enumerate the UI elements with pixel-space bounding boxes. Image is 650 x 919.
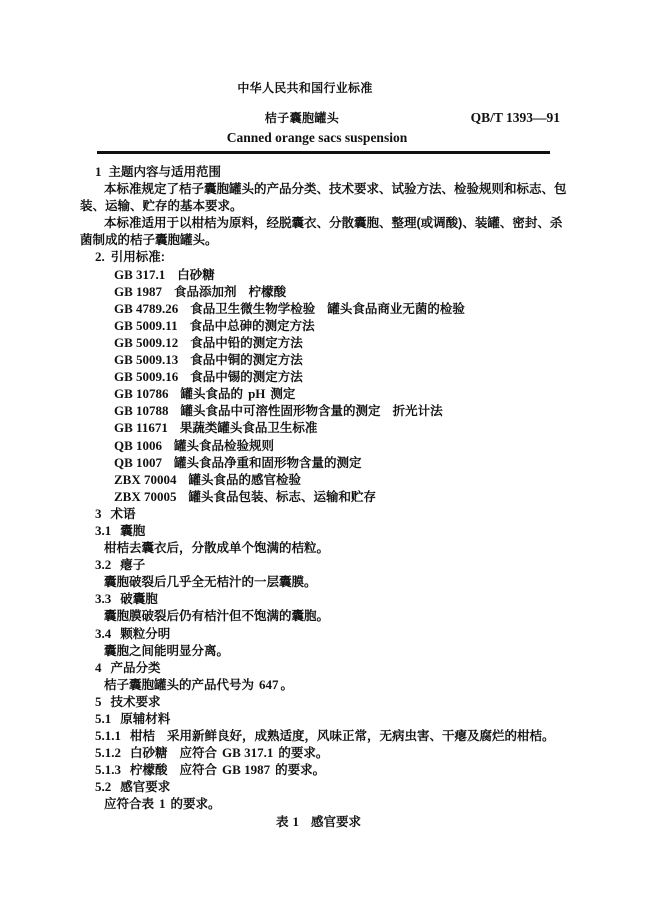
- text-line: 应符合表1的要求。: [80, 795, 640, 812]
- text-line: GB 4789.26食品卫生微生物学检验罐头食品商业无菌的检验: [80, 300, 640, 317]
- text-line: 5.1.3柠檬酸应符合GB 1987的要求。: [80, 761, 640, 778]
- text-line: GB 5009.16食品中锡的测定方法: [80, 368, 640, 385]
- cjk-text: 罐头食品包装、标志、运输和贮存: [188, 490, 376, 504]
- latin-text: GB 1987: [114, 284, 162, 299]
- cjk-text: 颗粒分明: [120, 627, 170, 641]
- document-body: 1主题内容与适用范围本标准规定了桔子囊胞罐头的产品分类、技术要求、试验方法、检验…: [80, 163, 640, 830]
- latin-text: 5.1.1: [95, 728, 121, 743]
- cjk-text: 测定: [270, 387, 295, 401]
- latin-text: GB 317.1: [222, 745, 273, 760]
- cjk-text: 食品中铅的测定方法: [190, 336, 303, 350]
- cjk-text: 柑桔: [130, 729, 155, 743]
- cjk-text: 柠檬酸: [130, 763, 168, 777]
- text-line: QB 1007罐头食品净重和固形物含量的测定: [80, 454, 640, 471]
- cjk-text: 折光计法: [393, 404, 443, 418]
- latin-text: 1: [293, 814, 300, 829]
- latin-text: ZBX 70005: [114, 489, 176, 504]
- latin-text: GB 10786: [114, 386, 169, 401]
- latin-text: 2.: [95, 249, 105, 264]
- text-line: 菌制成的桔子囊胞罐头。: [80, 231, 640, 248]
- latin-text: 5.1.3: [95, 762, 121, 777]
- text-line: 1主题内容与适用范围: [80, 163, 640, 180]
- cjk-text: 罐头食品净重和固形物含量的测定: [174, 456, 362, 470]
- text-line: GB 317.1白砂糖: [80, 266, 640, 283]
- latin-text: 5: [95, 694, 102, 709]
- cjk-text: 囊胞膜破裂后仍有桔汁但不饱满的囊胞。: [104, 609, 329, 623]
- text-line: ZBX 70005罐头食品包装、标志、运输和贮存: [80, 488, 640, 505]
- latin-text: 1: [95, 164, 102, 179]
- latin-text: GB 11671: [114, 420, 168, 435]
- cjk-text: 白砂糖: [130, 746, 168, 760]
- cjk-text: 白砂糖: [177, 268, 215, 282]
- latin-text: 3: [95, 506, 102, 521]
- text-line: 3.1囊胞: [80, 522, 640, 539]
- cjk-text: 感官要求: [311, 815, 361, 829]
- text-line: GB 11671果蔬类罐头食品卫生标准: [80, 419, 640, 436]
- latin-text: pH: [248, 386, 265, 401]
- cjk-text: 罐头食品商业无菌的检验: [327, 302, 465, 316]
- cjk-text: 食品卫生微生物学检验: [190, 302, 315, 316]
- cjk-text: 产品分类: [111, 661, 161, 675]
- cjk-text: 食品中总砷的测定方法: [190, 319, 315, 333]
- latin-text: 3.2: [95, 557, 111, 572]
- document-page: 中华人民共和国行业标准 桔子囊胞罐头 QB/T 1393—91 Canned o…: [0, 0, 650, 919]
- standard-org-title: 中华人民共和国行业标准: [237, 79, 372, 96]
- text-line: 囊胞之间能明显分离。: [80, 642, 640, 659]
- cjk-text: 瘪子: [120, 558, 145, 572]
- latin-text: GB 5009.12: [114, 335, 178, 350]
- text-line: 5.1.1柑桔采用新鲜良好，成熟适度，风味正常，无病虫害、干瘪及腐烂的柑桔。: [80, 727, 640, 744]
- text-line: 5技术要求: [80, 693, 640, 710]
- text-line: GB 5009.13食品中铜的测定方法: [80, 351, 640, 368]
- text-line: 5.1.2白砂糖应符合GB 317.1的要求。: [80, 744, 640, 761]
- text-line: 柑桔去囊衣后，分散成单个饱满的桔粒。: [80, 539, 640, 556]
- latin-text: GB 5009.16: [114, 369, 178, 384]
- latin-text: 5.2: [95, 779, 111, 794]
- header-rule: [97, 151, 550, 154]
- cjk-text: 罐头食品检验规则: [174, 439, 274, 453]
- text-line: GB 1987食品添加剂柠檬酸: [80, 283, 640, 300]
- cjk-text: 采用新鲜良好，成熟适度，风味正常，无病虫害、干瘪及腐烂的柑桔。: [167, 729, 555, 743]
- cjk-text: 装、运输、贮存的基本要求。: [80, 199, 243, 213]
- cjk-text: 柠檬酸: [249, 285, 287, 299]
- cjk-text: 的要求。: [171, 797, 221, 811]
- latin-text: GB 4789.26: [114, 301, 178, 316]
- latin-text: 647: [259, 677, 279, 692]
- text-line: 3术语: [80, 505, 640, 522]
- cjk-text: 破囊胞: [120, 592, 158, 606]
- latin-text: 4: [95, 660, 102, 675]
- cjk-text: 引用标准:: [111, 250, 165, 264]
- cjk-text: 表: [276, 815, 289, 829]
- text-line: 3.4颗粒分明: [80, 625, 640, 642]
- cjk-text: 食品中锡的测定方法: [190, 370, 303, 384]
- cjk-text: 罐头食品的感官检验: [188, 473, 301, 487]
- standard-number: QB/T 1393—91: [471, 110, 560, 126]
- text-line: 装、运输、贮存的基本要求。: [80, 197, 640, 214]
- cjk-text: 柑桔去囊衣后，分散成单个饱满的桔粒。: [104, 541, 329, 555]
- cjk-text: 应符合: [180, 746, 218, 760]
- text-line: 3.2瘪子: [80, 556, 640, 573]
- cjk-text: 囊胞破裂后几乎全无桔汁的一层囊膜。: [104, 575, 317, 589]
- latin-text: GB 5009.13: [114, 352, 178, 367]
- cjk-text: 术语: [111, 507, 136, 521]
- text-line: 2.引用标准:: [80, 248, 640, 265]
- latin-text: 5.1.2: [95, 745, 121, 760]
- text-line: GB 5009.11食品中总砷的测定方法: [80, 317, 640, 334]
- cjk-text: 的要求。: [278, 746, 328, 760]
- cjk-text: 囊胞之间能明显分离。: [104, 644, 229, 658]
- text-line: 本标准规定了桔子囊胞罐头的产品分类、技术要求、试验方法、检验规则和标志、包: [80, 180, 640, 197]
- latin-text: GB 317.1: [114, 267, 165, 282]
- cjk-text: 感官要求: [120, 780, 170, 794]
- text-line: 3.3破囊胞: [80, 590, 640, 607]
- text-line: QB 1006罐头食品检验规则: [80, 437, 640, 454]
- text-line: GB 10788罐头食品中可溶性固形物含量的测定折光计法: [80, 402, 640, 419]
- latin-text: 3.1: [95, 523, 111, 538]
- cjk-text: 果蔬类罐头食品卫生标准: [180, 421, 318, 435]
- latin-text: QB 1007: [114, 455, 162, 470]
- latin-text: 3.4: [95, 626, 111, 641]
- text-line: GB 5009.12食品中铅的测定方法: [80, 334, 640, 351]
- latin-text: GB 1987: [222, 762, 270, 777]
- latin-text: ZBX 70004: [114, 472, 176, 487]
- cjk-text: 原辅材料: [120, 712, 170, 726]
- product-title-en: Canned orange sacs suspension: [227, 130, 407, 146]
- text-line: 本标准适用于以柑桔为原料，经脱囊衣、分散囊胞、整理(或调酸)、装罐、密封、杀: [80, 214, 640, 231]
- cjk-text: 的要求。: [275, 763, 325, 777]
- text-line: 桔子囊胞罐头的产品代号为647。: [80, 676, 640, 693]
- latin-text: GB 10788: [114, 403, 169, 418]
- cjk-text: 本标准规定了桔子囊胞罐头的产品分类、技术要求、试验方法、检验规则和标志、包: [104, 182, 567, 196]
- cjk-text: 罐头食品中可溶性固形物含量的测定: [181, 404, 381, 418]
- text-line: 5.1原辅材料: [80, 710, 640, 727]
- text-line: ZBX 70004罐头食品的感官检验: [80, 471, 640, 488]
- cjk-text: 食品添加剂: [174, 285, 237, 299]
- latin-text: 3.3: [95, 591, 111, 606]
- cjk-text: 应符合: [180, 763, 218, 777]
- cjk-text: 。: [281, 678, 294, 692]
- cjk-text: 桔子囊胞罐头的产品代号为: [104, 678, 254, 692]
- cjk-text: 应符合表: [104, 797, 154, 811]
- cjk-text: 技术要求: [111, 695, 161, 709]
- cjk-text: 食品中铜的测定方法: [190, 353, 303, 367]
- text-line: 囊胞膜破裂后仍有桔汁但不饱满的囊胞。: [80, 607, 640, 624]
- text-line: GB 10786罐头食品的pH测定: [80, 385, 640, 402]
- cjk-text: 罐头食品的: [181, 387, 244, 401]
- product-title-cn: 桔子囊胞罐头: [265, 109, 339, 126]
- text-line: 4产品分类: [80, 659, 640, 676]
- text-line: 囊胞破裂后几乎全无桔汁的一层囊膜。: [80, 573, 640, 590]
- text-line: 表1感官要求: [80, 813, 640, 830]
- latin-text: 5.1: [95, 711, 111, 726]
- cjk-text: 本标准适用于以柑桔为原料，经脱囊衣、分散囊胞、整理(或调酸)、装罐、密封、杀: [104, 216, 562, 230]
- cjk-text: 主题内容与适用范围: [109, 165, 222, 179]
- latin-text: QB 1006: [114, 438, 162, 453]
- latin-text: 1: [159, 796, 166, 811]
- latin-text: GB 5009.11: [114, 318, 178, 333]
- cjk-text: 菌制成的桔子囊胞罐头。: [80, 233, 218, 247]
- cjk-text: 囊胞: [120, 524, 145, 538]
- text-line: 5.2感官要求: [80, 778, 640, 795]
